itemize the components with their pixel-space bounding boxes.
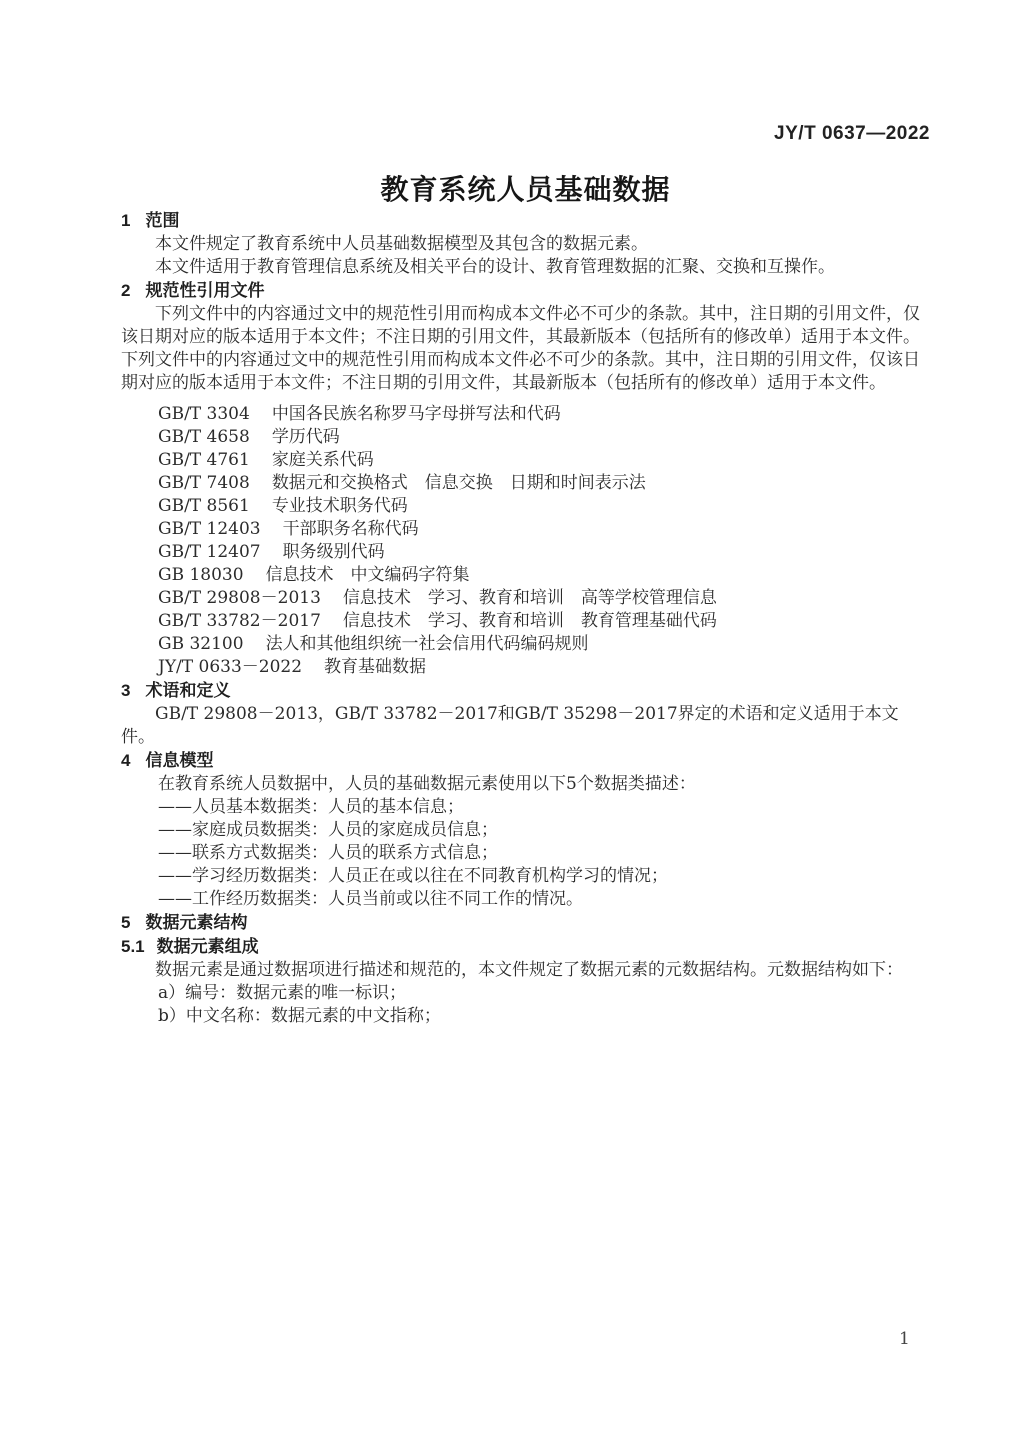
section-5-heading: 5数据元素结构 [121, 911, 930, 935]
reference-title: 信息技术 学习、教育和培训 高等学校管理信息 [343, 588, 717, 608]
reference-code: GB/T 8561 [158, 495, 250, 518]
metadata-structure-list: a）编号：数据元素的唯一标识； b）中文名称：数据元素的中文指称； [158, 982, 930, 1028]
page-content: JY/T 0637—2022 教育系统人员基础数据 1范围 本文件规定了教育系统… [0, 0, 1024, 1028]
section-5-title: 数据元素结构 [145, 913, 247, 932]
reference-title: 信息技术 学习、教育和培训 教育管理基础代码 [343, 611, 717, 631]
section-2-number: 2 [121, 279, 130, 303]
reference-item: GB/T 8561专业技术职务代码 [158, 495, 930, 518]
data-class-item: ——家庭成员数据类：人员的家庭成员信息； [158, 819, 930, 842]
reference-item: GB/T 4658学历代码 [158, 426, 930, 449]
reference-code: GB/T 29808－2013 [158, 587, 321, 610]
reference-code: GB/T 12403 [158, 518, 261, 541]
section-5-1-number: 5.1 [121, 935, 145, 959]
reference-title: 数据元和交换格式 信息交换 日期和时间表示法 [272, 473, 646, 493]
standard-number: JY/T 0637—2022 [121, 0, 930, 145]
reference-item: GB/T 7408数据元和交换格式 信息交换 日期和时间表示法 [158, 472, 930, 495]
section-1-number: 1 [121, 209, 130, 233]
data-class-list: 在教育系统人员数据中，人员的基础数据元素使用以下5个数据类描述： ——人员基本数… [158, 773, 930, 911]
reference-item: GB/T 29808－2013信息技术 学习、教育和培训 高等学校管理信息 [158, 587, 930, 610]
data-class-item: ——联系方式数据类：人员的联系方式信息； [158, 842, 930, 865]
reference-code: GB/T 33782－2017 [158, 610, 321, 633]
reference-code: GB/T 7408 [158, 472, 250, 495]
section-2-intro: 下列文件中的内容通过文中的规范性引用而构成本文件必不可少的条款。其中，注日期的引… [121, 303, 930, 395]
section-4-title: 信息模型 [145, 751, 213, 770]
reference-code: GB/T 4658 [158, 426, 250, 449]
reference-title: 中国各民族名称罗马字母拼写法和代码 [272, 404, 561, 424]
reference-item: GB/T 3304中国各民族名称罗马字母拼写法和代码 [158, 403, 930, 426]
reference-title: 信息技术 中文编码字符集 [266, 565, 470, 585]
reference-code: GB/T 4761 [158, 449, 250, 472]
reference-code: JY/T 0633－2022 [158, 656, 302, 679]
section-3-number: 3 [121, 679, 130, 703]
document-title: 教育系统人员基础数据 [121, 171, 930, 209]
reference-title: 法人和其他组织统一社会信用代码编码规则 [266, 634, 589, 654]
reference-item: GB/T 33782－2017信息技术 学习、教育和培训 教育管理基础代码 [158, 610, 930, 633]
reference-title: 干部职务名称代码 [283, 519, 419, 539]
reference-title: 家庭关系代码 [272, 450, 374, 470]
reference-item: GB 32100法人和其他组织统一社会信用代码编码规则 [158, 633, 930, 656]
section-1-paragraph: 本文件适用于教育管理信息系统及相关平台的设计、教育管理数据的汇聚、交换和互操作。 [121, 256, 930, 279]
data-class-item: ——人员基本数据类：人员的基本信息； [158, 796, 930, 819]
reference-title: 专业技术职务代码 [272, 496, 408, 516]
data-class-item: ——学习经历数据类：人员正在或以往在不同教育机构学习的情况； [158, 865, 930, 888]
reference-code: GB/T 12407 [158, 541, 261, 564]
reference-title: 教育基础数据 [324, 657, 426, 677]
section-1-title: 范围 [145, 211, 179, 230]
section-2-title: 规范性引用文件 [145, 281, 264, 300]
section-5-number: 5 [121, 911, 130, 935]
document-page: JY/T 0637—2022 教育系统人员基础数据 1范围 本文件规定了教育系统… [0, 0, 1024, 1448]
section-5-1-title: 数据元素组成 [157, 937, 259, 956]
reference-code: GB 18030 [158, 564, 244, 587]
metadata-item: b）中文名称：数据元素的中文指称； [158, 1005, 930, 1028]
section-1-heading: 1范围 [121, 209, 930, 233]
page-number: 1 [899, 1328, 910, 1350]
reference-title: 职务级别代码 [283, 542, 385, 562]
reference-item: GB/T 4761家庭关系代码 [158, 449, 930, 472]
section-5-1-heading: 5.1数据元素组成 [121, 935, 930, 959]
section-2-heading: 2规范性引用文件 [121, 279, 930, 303]
section-3-title: 术语和定义 [145, 681, 230, 700]
reference-code: GB 32100 [158, 633, 244, 656]
reference-item: GB/T 12407职务级别代码 [158, 541, 930, 564]
data-class-item: ——工作经历数据类：人员当前或以往不同工作的情况。 [158, 888, 930, 911]
metadata-item: a）编号：数据元素的唯一标识； [158, 982, 930, 1005]
section-1-paragraph: 本文件规定了教育系统中人员基础数据模型及其包含的数据元素。 [121, 233, 930, 256]
reference-item: JY/T 0633－2022教育基础数据 [158, 656, 930, 679]
reference-item: GB/T 12403干部职务名称代码 [158, 518, 930, 541]
section-4-heading: 4信息模型 [121, 749, 930, 773]
reference-code: GB/T 3304 [158, 403, 250, 426]
reference-item: GB 18030信息技术 中文编码字符集 [158, 564, 930, 587]
section-4-number: 4 [121, 749, 130, 773]
section-3-heading: 3术语和定义 [121, 679, 930, 703]
section-5-1-intro: 数据元素是通过数据项进行描述和规范的，本文件规定了数据元素的元数据结构。元数据结… [121, 959, 930, 982]
reference-title: 学历代码 [272, 427, 340, 447]
reference-list: GB/T 3304中国各民族名称罗马字母拼写法和代码 GB/T 4658学历代码… [158, 403, 930, 679]
section-3-paragraph: GB/T 29808－2013，GB/T 33782－2017和GB/T 352… [121, 703, 930, 749]
section-4-intro: 在教育系统人员数据中，人员的基础数据元素使用以下5个数据类描述： [158, 773, 930, 796]
